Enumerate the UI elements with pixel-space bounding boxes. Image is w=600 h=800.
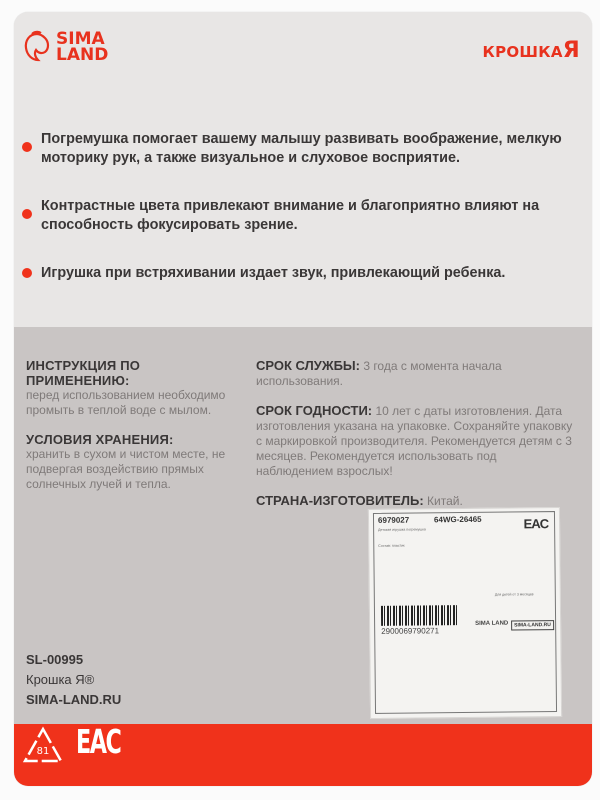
sticker-age: Для детей от 3 месяцев: [495, 592, 534, 597]
brand-name: Крошка Я®: [26, 670, 121, 690]
usage-storage-column: ИНСТРУКЦИЯ ПО ПРИМЕНЕНИЮ: перед использо…: [26, 358, 236, 506]
sticker-article: 64WG-26465: [434, 515, 482, 524]
shelf-life: СРОК ГОДНОСТИ: 10 лет с даты изготовлени…: [256, 403, 576, 479]
sticker-code: 6979027: [378, 516, 409, 525]
dolphin-logo-icon: [22, 30, 52, 64]
feature-item: Погремушка помогает вашему малышу развив…: [22, 130, 562, 168]
sima-land-logo: SIMA LAND: [22, 30, 108, 64]
feature-text: Погремушка помогает вашему малышу развив…: [41, 130, 562, 168]
country-title: СТРАНА-ИЗГОТОВИТЕЛЬ:: [256, 493, 424, 508]
country-text: Китай.: [427, 494, 463, 508]
eac-mark: EAC: [76, 722, 120, 761]
feature-item: Контрастные цвета привлекают внимание и …: [22, 197, 562, 235]
kroshka-logo-text: КРОШКА: [483, 43, 563, 61]
service-life: СРОК СЛУЖБЫ: 3 года с момента начала исп…: [256, 358, 576, 389]
sticker-eac-mark: EAC: [524, 516, 549, 531]
sticker-url: SIMA-LAND.RU: [511, 620, 554, 630]
kroshka-ya-logo: КРОШКАЯ: [483, 38, 580, 63]
sima-logo-text-2: LAND: [56, 47, 108, 63]
bullet-dot-icon: [22, 268, 32, 278]
sticker-title: Детская игрушка погремушка: [378, 527, 426, 532]
shelf-title: СРОК ГОДНОСТИ:: [256, 403, 372, 418]
feature-item: Игрушка при встряхивании издает звук, пр…: [22, 264, 562, 283]
usage-text: перед использованием необходимо промыть …: [26, 388, 236, 418]
usage-title: ИНСТРУКЦИЯ ПО ПРИМЕНЕНИЮ:: [26, 358, 236, 388]
terms-column: СРОК СЛУЖБЫ: 3 года с момента начала исп…: [256, 358, 576, 523]
feature-text: Игрушка при встряхивании издает звук, пр…: [41, 264, 505, 283]
feature-list: Погремушка помогает вашему малышу развив…: [22, 130, 562, 312]
sku-code: SL-00995: [26, 650, 121, 670]
website: SIMA-LAND.RU: [26, 690, 121, 710]
sticker-material: Состав: пластик: [378, 544, 404, 549]
product-meta: SL-00995 Крошка Я® SIMA-LAND.RU: [26, 650, 121, 710]
service-title: СРОК СЛУЖБЫ:: [256, 358, 360, 373]
product-label-sticker: 6979027 64WG-26465 EAC Детская игрушка п…: [368, 507, 562, 719]
storage-title: УСЛОВИЯ ХРАНЕНИЯ:: [26, 432, 236, 447]
storage-text: хранить в сухом и чистом месте, не подве…: [26, 447, 236, 492]
sticker-sima-logo: SIMA LAND: [475, 621, 508, 627]
barcode-number: 2900069790271: [381, 626, 439, 636]
kroshka-logo-ya: Я: [563, 38, 580, 63]
feature-text: Контрастные цвета привлекают внимание и …: [41, 197, 562, 235]
svg-text:81: 81: [37, 746, 50, 757]
barcode: [381, 605, 457, 626]
bullet-dot-icon: [22, 209, 32, 219]
sticker-border: 6979027 64WG-26465 EAC Детская игрушка п…: [373, 511, 557, 714]
bullet-dot-icon: [22, 142, 32, 152]
recycle-icon: 81: [22, 726, 64, 766]
